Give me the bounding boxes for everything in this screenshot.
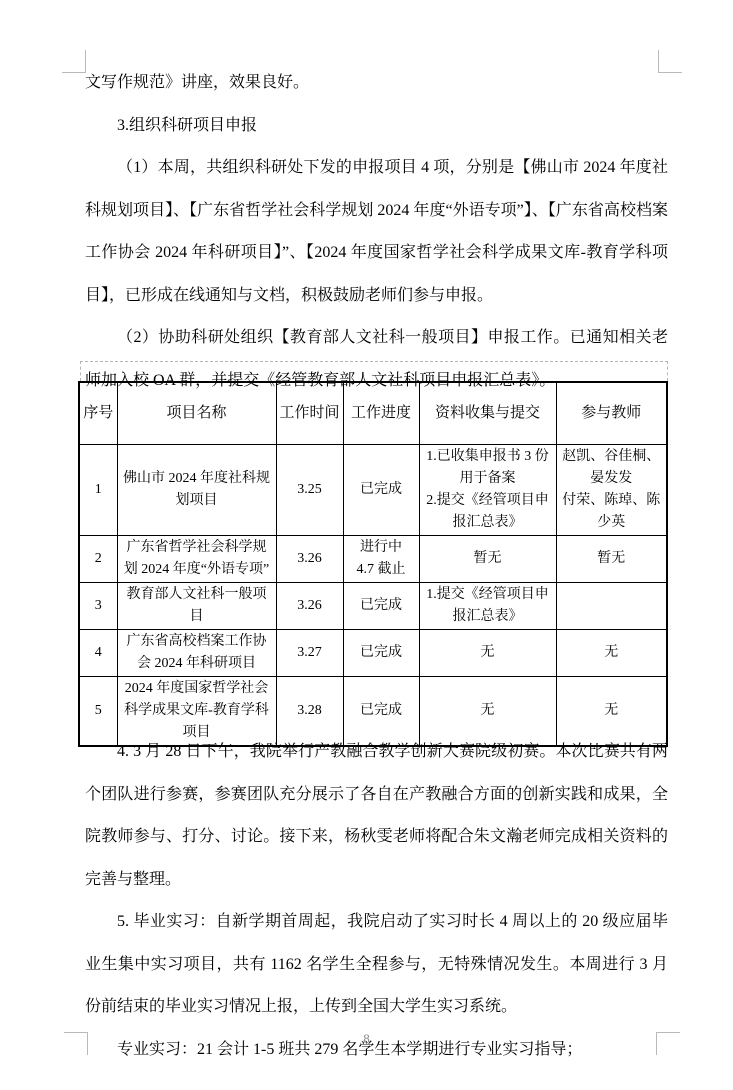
cell-materials: 暂无 [419,535,556,582]
header-work-progress: 工作进度 [343,382,419,444]
cell-work-time: 3.26 [276,582,343,629]
paragraph-section-3-heading: 3.组织科研项目申报 [85,105,668,148]
cell-work-time: 3.27 [276,629,343,676]
cell-no: 2 [79,535,117,582]
cell-no: 1 [79,444,117,535]
cell-project-name: 教育部人文社科一般项目 [117,582,276,629]
cell-teachers [556,582,667,629]
project-application-table: 序号 项目名称 工作时间 工作进度 资料收集与提交 参与教师 1 佛山市 202… [78,381,668,747]
table-row: 3 教育部人文社科一般项目 3.26 已完成 1.提交《经管项目申报汇总表》 [79,582,667,629]
document-page: 文写作规范》讲座，效果良好。 3.组织科研项目申报 （1）本周，共组织科研处下发… [0,0,733,1090]
cell-project-name: 广东省高校档案工作协会 2024 年科研项目 [117,629,276,676]
cell-progress: 已完成 [343,582,419,629]
paragraph-item-5: 5. 毕业实习：自新学期首周起，我院启动了实习时长 4 周以上的 20 级应届毕… [85,901,668,1029]
cell-teachers: 无 [556,629,667,676]
header-project-name: 项目名称 [117,382,276,444]
cell-teachers: 赵凯、谷佳桐、晏发发 付荣、陈琸、陈少英 [556,444,667,535]
header-teachers: 参与教师 [556,382,667,444]
cell-progress: 进行中 4.7 截止 [343,535,419,582]
header-materials: 资料收集与提交 [419,382,556,444]
body-text-above-table: 文写作规范》讲座，效果良好。 3.组织科研项目申报 （1）本周，共组织科研处下发… [85,62,668,402]
body-text-below-table: 4. 3 月 28 日下午，我院举行产教融合教学创新大赛院级初赛。本次比赛共有两… [85,731,668,1071]
table-row: 2 广东省哲学社会科学规划 2024 年度“外语专项” 3.26 进行中 4.7… [79,535,667,582]
cell-materials: 无 [419,629,556,676]
cell-materials: 1.已收集申报书 3 份用于备案 2.提交《经管项目申报汇总表》 [419,444,556,535]
cell-work-time: 3.26 [276,535,343,582]
table-row: 1 佛山市 2024 年度社科规划项目 3.25 已完成 1.已收集申报书 3 … [79,444,667,535]
header-serial-number: 序号 [79,382,117,444]
page-number: 8 [0,1031,733,1047]
margin-crop-mark-top-left [62,50,86,73]
header-work-time: 工作时间 [276,382,343,444]
table-frame-dashed-boundary [80,361,668,381]
cell-teachers: 暂无 [556,535,667,582]
paragraph-item-4: 4. 3 月 28 日下午，我院举行产教融合教学创新大赛院级初赛。本次比赛共有两… [85,731,668,901]
table-row: 4 广东省高校档案工作协会 2024 年科研项目 3.27 已完成 无 无 [79,629,667,676]
cell-progress: 已完成 [343,629,419,676]
cell-no: 3 [79,582,117,629]
cell-materials: 1.提交《经管项目申报汇总表》 [419,582,556,629]
paragraph-continuation: 文写作规范》讲座，效果良好。 [85,62,668,105]
cell-project-name: 广东省哲学社会科学规划 2024 年度“外语专项” [117,535,276,582]
cell-project-name: 佛山市 2024 年度社科规划项目 [117,444,276,535]
cell-progress: 已完成 [343,444,419,535]
cell-no: 4 [79,629,117,676]
table-header-row: 序号 项目名称 工作时间 工作进度 资料收集与提交 参与教师 [79,382,667,444]
cell-work-time: 3.25 [276,444,343,535]
paragraph-item-1: （1）本周，共组织科研处下发的申报项目 4 项，分别是【佛山市 2024 年度社… [85,147,668,317]
